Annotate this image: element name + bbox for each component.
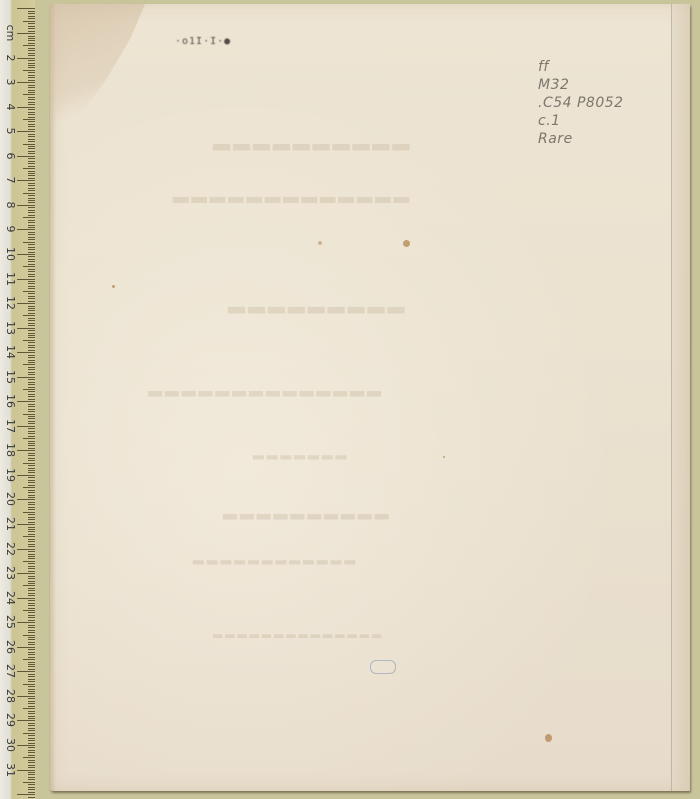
ruler-tick — [28, 470, 35, 471]
ruler-tick — [28, 367, 35, 368]
ruler-tick — [28, 225, 35, 226]
ruler-tick — [23, 193, 35, 194]
ruler-tick — [28, 85, 35, 86]
ruler-tick — [28, 534, 35, 535]
ruler-tick — [28, 306, 35, 307]
ruler-tick — [28, 252, 35, 253]
ruler-number: 13 — [3, 319, 17, 337]
ruler-tick — [28, 237, 35, 238]
ruler-tick — [23, 708, 35, 709]
ruler-tick — [28, 148, 35, 149]
ruler-tick — [28, 563, 35, 564]
ruler-tick — [28, 522, 35, 523]
ruler-tick — [28, 664, 35, 665]
ruler-tick — [28, 507, 35, 508]
ruler-tick — [28, 92, 35, 93]
ruler-tick — [28, 588, 35, 589]
ruler-tick — [28, 391, 35, 392]
ruler-tick — [28, 612, 35, 613]
ruler-tick — [28, 495, 35, 496]
ruler-tick — [23, 45, 35, 46]
ruler-tick — [28, 701, 35, 702]
ruler-tick — [28, 490, 35, 491]
ruler-tick — [28, 249, 35, 250]
ruler-tick — [17, 352, 35, 353]
ruler-tick — [28, 97, 35, 98]
ruler-tick — [28, 320, 35, 321]
ruler-tick — [17, 82, 35, 83]
ruler-tick — [28, 384, 35, 385]
ruler-tick — [23, 757, 35, 758]
ruler-tick — [23, 242, 35, 243]
ruler-tick — [28, 433, 35, 434]
ruler-tick — [28, 55, 35, 56]
ruler-tick — [28, 652, 35, 653]
ruler-tick — [28, 443, 35, 444]
ruler-tick — [28, 369, 35, 370]
ruler-tick — [28, 772, 35, 773]
ruler-tick — [28, 394, 35, 395]
ruler-tick — [28, 632, 35, 633]
ruler-tick — [28, 77, 35, 78]
ruler-tick — [28, 590, 35, 591]
ruler-tick — [28, 409, 35, 410]
ruler-tick — [28, 728, 35, 729]
ruler-tick — [28, 11, 35, 12]
ruler-tick — [28, 595, 35, 596]
ruler-tick — [28, 666, 35, 667]
ruler-tick — [28, 681, 35, 682]
ruler-tick — [28, 740, 35, 741]
ruler-tick — [28, 689, 35, 690]
ruler-tick — [23, 487, 35, 488]
ruler-tick — [28, 497, 35, 498]
ruler-tick — [28, 556, 35, 557]
ruler-tick — [17, 671, 35, 672]
ruler-tick — [28, 333, 35, 334]
ruler-tick — [28, 210, 35, 211]
ruler-tick — [28, 31, 35, 32]
ruler-tick — [28, 134, 35, 135]
ruler-tick — [28, 792, 35, 793]
ruler-number: 26 — [3, 638, 17, 656]
ruler-tick — [28, 617, 35, 618]
ruler-tick — [28, 139, 35, 140]
ruler-number: 31 — [3, 761, 17, 779]
ruler-tick — [28, 760, 35, 761]
ruler-tick — [28, 679, 35, 680]
ruler-tick — [17, 426, 35, 427]
bleed-through-text: ▂▂▂▂▂▂▂▂▂▂ — [210, 126, 409, 151]
ruler-tick — [17, 598, 35, 599]
ruler-number: 18 — [3, 441, 17, 459]
ruler-tick — [28, 605, 35, 606]
ruler-tick — [28, 544, 35, 545]
ruler-tick — [28, 541, 35, 542]
ruler-tick — [28, 48, 35, 49]
ruler-tick — [28, 23, 35, 24]
ruler-tick — [17, 377, 35, 378]
ruler-tick — [28, 453, 35, 454]
ruler-number: 29 — [3, 711, 17, 729]
ruler-tick — [28, 313, 35, 314]
ruler-tick — [28, 288, 35, 289]
ruler-tick — [23, 266, 35, 267]
ruler-tick — [28, 482, 35, 483]
ruler-tick — [17, 770, 35, 771]
ruler-tick — [23, 168, 35, 169]
ruler-tick — [23, 291, 35, 292]
ruler-tick — [28, 620, 35, 621]
ruler-number: 12 — [3, 294, 17, 312]
ruler-tick — [17, 279, 35, 280]
ruler-tick — [28, 212, 35, 213]
ruler-tick — [28, 274, 35, 275]
ruler-tick — [28, 178, 35, 179]
ruler-tick — [28, 141, 35, 142]
ruler-number: 7 — [3, 171, 17, 189]
ruler-tick — [28, 38, 35, 39]
bleed-through-text: ▂▂▂▂▂▂▂▂▂▂ — [220, 499, 388, 520]
ruler-tick — [28, 472, 35, 473]
bleed-through-text: ▂▂▂▂▂▂▂ — [250, 444, 346, 460]
ruler-tick — [28, 188, 35, 189]
ruler-tick — [28, 372, 35, 373]
ruler-tick — [28, 755, 35, 756]
ruler-tick — [28, 355, 35, 356]
ruler-tick — [17, 33, 35, 34]
ruler-tick — [28, 600, 35, 601]
ruler-tick — [28, 551, 35, 552]
ruler-tick — [28, 460, 35, 461]
ruler-tick — [28, 362, 35, 363]
ruler-tick — [28, 517, 35, 518]
ruler-tick — [28, 421, 35, 422]
ruler-number: 11 — [3, 270, 17, 288]
ruler-tick — [28, 657, 35, 658]
ruler-tick — [28, 75, 35, 76]
ruler-tick — [28, 63, 35, 64]
ruler-tick — [17, 58, 35, 59]
ruler-tick — [17, 745, 35, 746]
ruler-tick — [28, 259, 35, 260]
ruler-tick — [23, 70, 35, 71]
ruler-tick — [28, 576, 35, 577]
ruler-tick — [28, 247, 35, 248]
ruler-tick — [23, 389, 35, 390]
ruler-tick — [28, 416, 35, 417]
ruler-tick — [23, 684, 35, 685]
ruler-tick — [28, 735, 35, 736]
ruler-tick — [28, 151, 35, 152]
ruler-tick — [28, 639, 35, 640]
ruler-tick — [28, 293, 35, 294]
ruler-tick — [28, 441, 35, 442]
ruler-tick — [28, 347, 35, 348]
ruler-tick — [28, 676, 35, 677]
ruler-number: 17 — [3, 417, 17, 435]
ruler-tick — [23, 414, 35, 415]
ruler-tick — [23, 659, 35, 660]
ruler-tick — [28, 36, 35, 37]
ruler-tick — [28, 60, 35, 61]
ruler-tick — [17, 622, 35, 623]
ruler-tick — [28, 723, 35, 724]
bleed-through-text: ▂▂▂▂▂▂▂▂▂▂▂▂▂ — [170, 179, 409, 203]
ruler-tick — [17, 107, 35, 108]
ruler-tick — [28, 323, 35, 324]
ruler-tick — [28, 87, 35, 88]
ruler-tick — [28, 603, 35, 604]
ruler-tick — [28, 234, 35, 235]
ruler-tick — [28, 202, 35, 203]
ruler-tick — [28, 718, 35, 719]
ruler-tick — [17, 794, 35, 795]
ruler-tick — [28, 674, 35, 675]
ruler-tick — [28, 121, 35, 122]
ruler-tick — [28, 269, 35, 270]
bleed-through-text: ▂▂▂▂▂▂▂▂▂▂▂▂ — [190, 549, 355, 565]
ruler-number: 21 — [3, 515, 17, 533]
ruler-tick — [28, 161, 35, 162]
ruler-tick — [28, 492, 35, 493]
ruler-tick — [28, 65, 35, 66]
ruler-tick — [23, 610, 35, 611]
ruler-tick — [28, 13, 35, 14]
ruler-tick — [28, 477, 35, 478]
ruler-tick — [23, 536, 35, 537]
ruler-tick — [28, 428, 35, 429]
ruler-tick — [17, 450, 35, 451]
ruler-number: 10 — [3, 245, 17, 263]
ruler-tick — [28, 743, 35, 744]
ruler-tick — [28, 578, 35, 579]
bleed-through-text: ▂▂▂▂▂▂▂▂▂▂▂▂▂▂ — [145, 376, 381, 397]
ruler-tick — [17, 328, 35, 329]
ruler-tick — [28, 126, 35, 127]
ruler-tick — [28, 153, 35, 154]
ruler-tick — [28, 625, 35, 626]
ruler-tick — [28, 581, 35, 582]
ruler-tick — [28, 325, 35, 326]
ruler-tick — [28, 762, 35, 763]
ruler-tick — [17, 131, 35, 132]
measuring-ruler: cm23456789101112131415161718192021222324… — [0, 0, 35, 799]
ruler-tick — [28, 396, 35, 397]
ruler-tick — [28, 124, 35, 125]
ruler-tick — [28, 455, 35, 456]
ruler-tick — [28, 468, 35, 469]
ruler-tick — [28, 571, 35, 572]
ruler-tick — [23, 21, 35, 22]
ruler-tick — [17, 475, 35, 476]
foxing-spot — [403, 240, 410, 247]
ruler-tick — [28, 637, 35, 638]
ruler-tick — [28, 504, 35, 505]
ruler-tick — [28, 360, 35, 361]
ruler-tick — [28, 706, 35, 707]
ruler-tick — [28, 615, 35, 616]
ruler-number: 3 — [3, 73, 17, 91]
ruler-number: 8 — [3, 196, 17, 214]
ruler-tick — [28, 335, 35, 336]
ruler-tick — [23, 585, 35, 586]
foxing-spot — [443, 456, 445, 458]
ruler-tick — [28, 725, 35, 726]
ruler-tick — [28, 198, 35, 199]
ruler-tick — [17, 303, 35, 304]
ruler-tick — [23, 94, 35, 95]
ruler-tick — [28, 232, 35, 233]
ruler-tick — [28, 465, 35, 466]
ruler-tick — [28, 283, 35, 284]
ruler-tick — [28, 529, 35, 530]
ruler-tick — [28, 374, 35, 375]
ruler-number: 14 — [3, 343, 17, 361]
ruler-tick — [28, 747, 35, 748]
ruler-tick — [28, 787, 35, 788]
call-number-line: ff — [538, 58, 624, 76]
ruler-tick — [17, 180, 35, 181]
ruler-tick — [28, 50, 35, 51]
ruler-tick — [28, 298, 35, 299]
ruler-tick — [28, 568, 35, 569]
ruler-number: 20 — [3, 490, 17, 508]
ruler-tick — [23, 438, 35, 439]
ruler-tick — [28, 458, 35, 459]
ruler-tick — [28, 163, 35, 164]
ruler-tick — [28, 485, 35, 486]
ruler-tick — [28, 448, 35, 449]
ruler-tick — [28, 519, 35, 520]
ruler-tick — [28, 90, 35, 91]
ruler-tick — [28, 703, 35, 704]
ruler-tick — [23, 463, 35, 464]
ruler-tick — [28, 244, 35, 245]
ruler-tick — [28, 72, 35, 73]
ruler-tick — [17, 205, 35, 206]
ruler-tick — [28, 554, 35, 555]
ruler-tick — [28, 716, 35, 717]
ruler-tick — [28, 117, 35, 118]
ruler-tick — [17, 156, 35, 157]
foxing-spot — [318, 241, 322, 245]
ruler-tick — [28, 730, 35, 731]
ruler-tick — [17, 254, 35, 255]
ruler-number: 4 — [3, 98, 17, 116]
ruler-tick — [28, 644, 35, 645]
ruler-tick — [28, 662, 35, 663]
ruler-tick — [28, 431, 35, 432]
ruler-tick — [23, 782, 35, 783]
ruler-number: 6 — [3, 147, 17, 165]
pencil-call-number: ff M32 .C54 P8052 c.1 Rare — [538, 58, 624, 148]
ruler-tick — [28, 693, 35, 694]
ruler-number: 25 — [3, 613, 17, 631]
ruler-tick — [17, 499, 35, 500]
ruler-tick — [23, 733, 35, 734]
ruler-tick — [28, 80, 35, 81]
ruler-tick — [28, 112, 35, 113]
ruler-tick — [28, 220, 35, 221]
ruler-tick — [28, 264, 35, 265]
ruler-tick — [23, 512, 35, 513]
ruler-tick — [28, 738, 35, 739]
ruler-tick — [28, 173, 35, 174]
ruler-number: 2 — [3, 49, 17, 67]
ruler-tick — [28, 337, 35, 338]
ruler-tick — [28, 183, 35, 184]
ruler-tick — [23, 144, 35, 145]
ruler-tick — [28, 387, 35, 388]
ruler-tick — [28, 286, 35, 287]
ruler-tick — [28, 40, 35, 41]
ruler-tick — [28, 566, 35, 567]
ruler-tick — [28, 627, 35, 628]
ruler-number: 16 — [3, 392, 17, 410]
ruler-tick — [28, 296, 35, 297]
ruler-tick — [28, 411, 35, 412]
ruler-tick — [28, 146, 35, 147]
ink-blot: ·o1I·I·● — [175, 37, 255, 47]
ruler-tick — [28, 114, 35, 115]
ruler-tick — [28, 436, 35, 437]
library-stamp — [370, 660, 396, 674]
ruler-tick — [28, 502, 35, 503]
ruler-tick — [23, 635, 35, 636]
ruler-tick — [28, 445, 35, 446]
ruler-tick — [28, 713, 35, 714]
ruler-tick — [28, 379, 35, 380]
ruler-tick — [28, 318, 35, 319]
ruler-tick — [28, 200, 35, 201]
ruler-tick — [28, 276, 35, 277]
ruler-number: 28 — [3, 687, 17, 705]
ruler-tick — [28, 281, 35, 282]
foxing-spot — [112, 285, 115, 288]
ruler-tick — [28, 630, 35, 631]
ruler-tick — [28, 171, 35, 172]
ruler-tick — [28, 546, 35, 547]
ruler-tick — [28, 777, 35, 778]
ruler-tick — [28, 136, 35, 137]
ruler-tick — [28, 342, 35, 343]
ruler-tick — [28, 404, 35, 405]
ruler-tick — [28, 28, 35, 29]
ruler-tick — [28, 43, 35, 44]
ruler-tick — [28, 399, 35, 400]
ruler-number: 9 — [3, 220, 17, 238]
ruler-tick — [28, 99, 35, 100]
ruler-tick — [28, 797, 35, 798]
ruler-tick — [28, 308, 35, 309]
ruler-tick — [17, 549, 35, 550]
ruler-tick — [28, 109, 35, 110]
call-number-line: M32 — [538, 76, 624, 94]
ruler-number: 23 — [3, 564, 17, 582]
ruler-tick — [28, 53, 35, 54]
ruler-tick — [28, 789, 35, 790]
ruler-tick — [28, 195, 35, 196]
ruler-tick — [28, 531, 35, 532]
corner-stain — [50, 4, 145, 139]
ruler-tick — [28, 261, 35, 262]
ruler-tick — [23, 364, 35, 365]
ruler-tick — [28, 102, 35, 103]
ruler-tick — [28, 583, 35, 584]
ruler-number: 30 — [3, 736, 17, 754]
ruler-tick — [28, 158, 35, 159]
